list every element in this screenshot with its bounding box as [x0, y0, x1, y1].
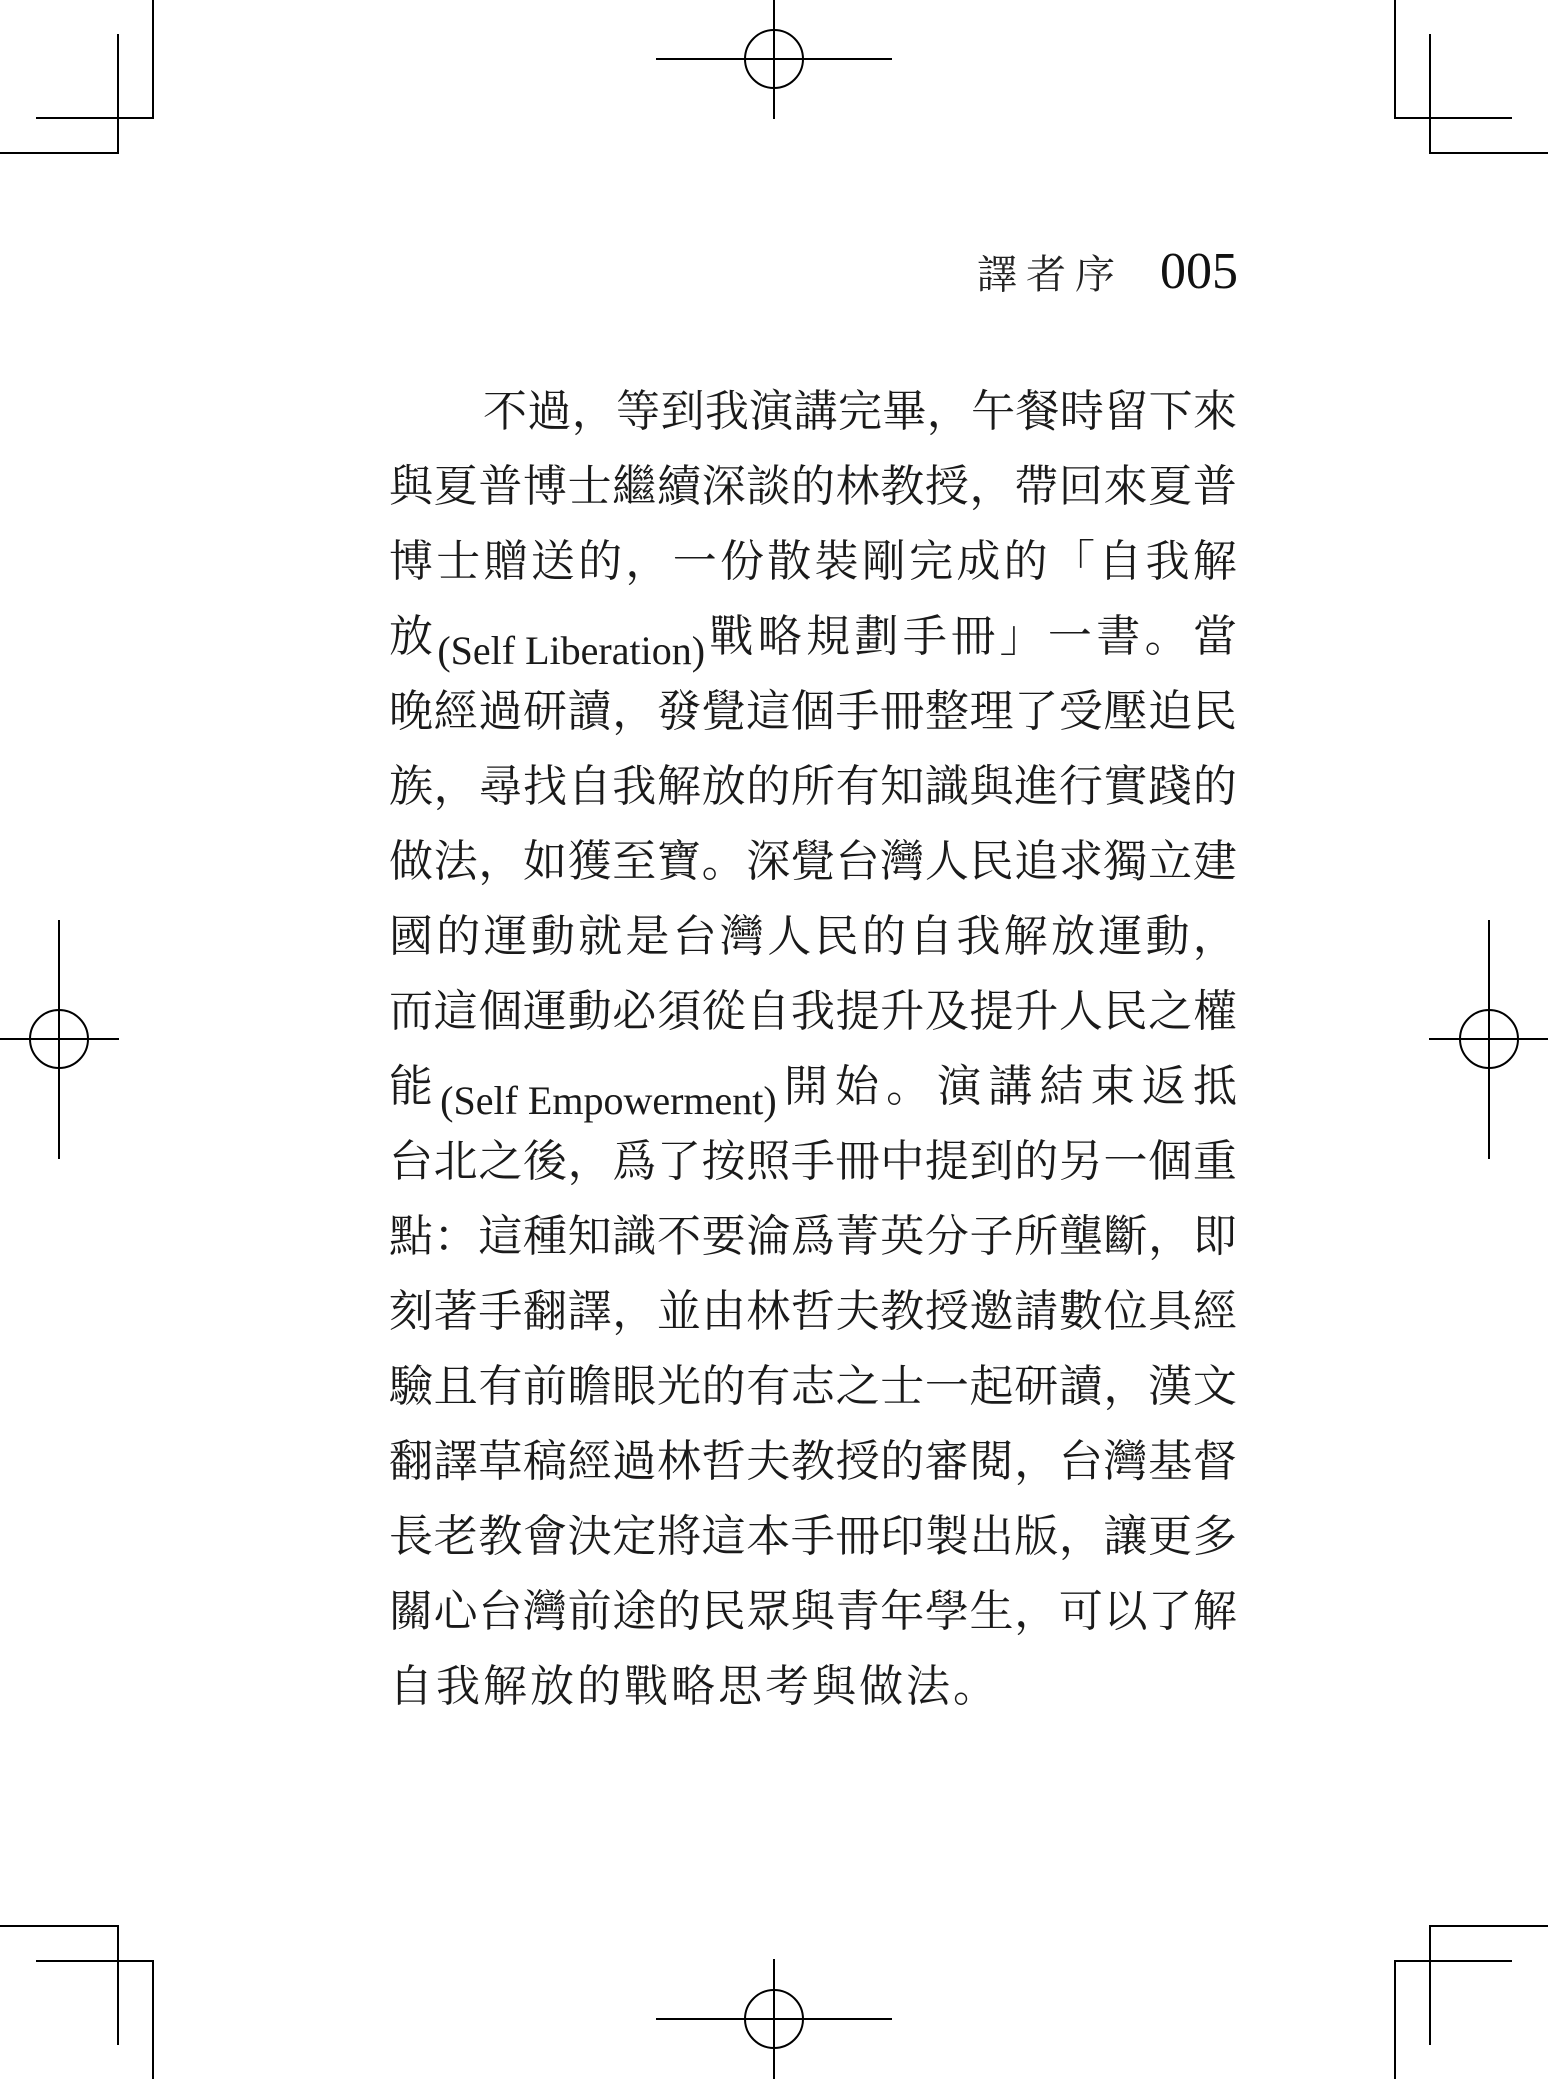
registration-circle [1459, 1009, 1519, 1069]
text-token: 來 [1104, 463, 1148, 511]
text-token: 教 [880, 1288, 924, 1336]
text-token: 所 [1014, 1213, 1058, 1261]
text-line: 做法，如獲至寶。深覺台灣人民追求獨立建 [389, 838, 1237, 913]
text-token: 贈 [484, 538, 528, 586]
text-token: ： [434, 1213, 478, 1261]
text-token: 夫 [836, 1288, 880, 1336]
text-token: 」 [1000, 613, 1044, 661]
text-token: 教 [880, 463, 924, 511]
text-token: 開 [784, 1063, 828, 1111]
text-token: 英 [880, 1213, 924, 1261]
text-token: 餐 [1016, 388, 1060, 436]
text-token: 而 [389, 988, 433, 1036]
text-token: 點 [389, 1213, 433, 1261]
text-token: 的 [436, 913, 480, 961]
text-token: 運 [523, 988, 567, 1036]
text-line: 晚經過研讀，發覺這個手冊整理了受壓迫民 [389, 688, 1237, 763]
text-token: 國 [389, 913, 433, 961]
crop-line [1429, 34, 1431, 154]
text-token: 帶 [1014, 463, 1058, 511]
text-token: 晚 [389, 688, 433, 736]
text-token: 台 [1059, 1438, 1103, 1486]
text-token: 。 [886, 1063, 930, 1111]
text-token: 進 [1014, 763, 1058, 811]
crop-line [117, 34, 119, 154]
text-token: 教 [791, 1438, 835, 1486]
text-token: 演 [937, 1063, 981, 1111]
crop-line [117, 1925, 119, 2045]
text-token: 讓 [1104, 1513, 1148, 1561]
text-token: 冊 [836, 1138, 880, 1186]
text-token: 。 [953, 1663, 997, 1711]
registration-circle [29, 1009, 89, 1069]
text-token: ， [1059, 1513, 1103, 1561]
text-token: 解 [1193, 1588, 1237, 1636]
text-token: 自 [568, 763, 612, 811]
text-token: 數 [1059, 1288, 1103, 1336]
text-token: 灣 [1104, 1438, 1148, 1486]
text-token: 踐 [1148, 763, 1192, 811]
text-token: ， [970, 463, 1014, 511]
text-token: 寶 [657, 838, 701, 886]
text-token: 冊 [880, 688, 924, 736]
text-token: 整 [925, 688, 969, 736]
text-token: ， [572, 388, 616, 436]
text-token: ， [625, 538, 669, 586]
text-token: 知 [880, 763, 924, 811]
text-line: 長老教會決定將這本手冊印製出版，讓更多 [389, 1513, 1237, 1588]
text-token: 繼 [612, 463, 656, 511]
text-token: 午 [971, 388, 1015, 436]
text-token: 灣 [523, 1588, 567, 1636]
text-token: 考 [765, 1663, 809, 1711]
text-token: 草 [478, 1438, 522, 1486]
text-token: 識 [612, 1213, 656, 1261]
crop-line [1394, 1960, 1512, 1962]
text-token: 稿 [523, 1438, 567, 1486]
text-token: 淪 [746, 1213, 790, 1261]
text-line: 族，尋找自我解放的所有知識與進行實踐的 [389, 763, 1237, 838]
text-token: 自 [909, 913, 953, 961]
text-token: 譯 [434, 1438, 478, 1486]
text-token: 談 [746, 463, 790, 511]
text-token: 請 [1014, 1288, 1058, 1336]
text-line: 不過，等到我演講完畢，午餐時留下來 [389, 388, 1237, 463]
text-token: 動 [1146, 913, 1190, 961]
text-token: 老 [434, 1513, 478, 1561]
text-token: 冊 [951, 613, 995, 661]
text-token: 授 [925, 1288, 969, 1336]
crop-line [36, 117, 154, 119]
text-token: 手 [791, 1513, 835, 1561]
page-header: 譯者序 005 [977, 246, 1238, 298]
text-token: ， [434, 763, 478, 811]
text-token: 具 [1148, 1288, 1192, 1336]
text-token: 民 [1104, 988, 1148, 1036]
text-token: 送 [531, 538, 575, 586]
text-token: 留 [1104, 388, 1148, 436]
text-token: 個 [791, 688, 835, 736]
text-token: 回 [1059, 463, 1103, 511]
text-token: 研 [523, 688, 567, 736]
text-token: 略 [671, 1663, 715, 1711]
text-token: ， [927, 388, 971, 436]
text-token: 深 [702, 463, 746, 511]
text-token: 一 [1048, 613, 1092, 661]
text-token: 爲 [612, 1138, 656, 1186]
text-token: 關 [389, 1588, 433, 1636]
text-token: 法 [434, 838, 478, 886]
text-token: 可 [1059, 1588, 1103, 1636]
text-token: 束 [1091, 1063, 1135, 1111]
text-token: 我 [791, 988, 835, 1036]
text-line: 台北之後，爲了按照手冊中提到的另一個重 [389, 1138, 1237, 1213]
text-token: 下 [1149, 388, 1193, 436]
text-token: 後 [523, 1138, 567, 1186]
text-token: 放 [1051, 913, 1095, 961]
text-token: 來 [1193, 388, 1237, 436]
text-token: 與 [812, 1663, 856, 1711]
text-token: 。 [1145, 613, 1189, 661]
text-token: 。 [702, 838, 746, 886]
text-token: 放 [702, 763, 746, 811]
text-token: 手 [903, 613, 947, 661]
text-token: 中 [880, 1138, 924, 1186]
text-token: 規 [806, 613, 850, 661]
text-token: 我 [705, 388, 749, 436]
text-token: 如 [523, 838, 567, 886]
text-token: 與 [791, 1588, 835, 1636]
text-token: 獲 [568, 838, 612, 886]
text-token: ， [612, 1288, 656, 1336]
text-token: 有 [836, 763, 880, 811]
text-token: 始 [835, 1063, 879, 1111]
text-token: 迫 [1148, 688, 1192, 736]
registration-circle [744, 29, 804, 89]
text-token: 年 [880, 1588, 924, 1636]
text-token: 夏 [1148, 463, 1192, 511]
text-token: 瞻 [568, 1363, 612, 1411]
text-token: 畢 [882, 388, 926, 436]
text-token: 升 [1014, 988, 1058, 1036]
book-page: 譯者序 005 不過，等到我演講完畢，午餐時留下來與夏普博士繼續深談的林教授，帶… [0, 0, 1548, 2079]
text-token: 青 [836, 1588, 880, 1636]
text-token: 授 [836, 1438, 880, 1486]
text-token: 當 [1193, 613, 1237, 661]
text-token: 文 [1193, 1363, 1237, 1411]
text-token: 自 [746, 988, 790, 1036]
text-token: 所 [791, 763, 835, 811]
text-token: 冊 [836, 1513, 880, 1561]
text-token: 自 [389, 1663, 433, 1711]
text-token: 教 [478, 1513, 522, 1561]
text-token: 子 [970, 1213, 1014, 1261]
text-token: 決 [568, 1513, 612, 1561]
text-token: 理 [970, 688, 1014, 736]
text-token: 識 [925, 763, 969, 811]
text-token: 著 [434, 1288, 478, 1336]
text-token: 菁 [836, 1213, 880, 1261]
text-token: 林 [746, 1288, 790, 1336]
text-token: 完 [838, 388, 882, 436]
text-token: 哲 [791, 1288, 835, 1336]
crop-line [0, 152, 119, 154]
text-token: 之 [478, 1138, 522, 1186]
text-token: 做 [859, 1663, 903, 1711]
text-token: 驗 [389, 1363, 433, 1411]
text-token: 解 [1004, 913, 1048, 961]
text-line: 放(Self Liberation)戰略規劃手冊」一書。當 [389, 613, 1237, 688]
text-token: 讀 [1059, 1363, 1103, 1411]
text-token: ， [1014, 1588, 1058, 1636]
text-token: 研 [1014, 1363, 1058, 1411]
text-line: 關心台灣前途的民眾與青年學生，可以了解 [389, 1588, 1237, 1663]
text-token: 眾 [746, 1588, 790, 1636]
text-token: 一 [1104, 1138, 1148, 1186]
text-token: 刻 [389, 1288, 433, 1336]
text-token: (Self Empowerment) [440, 1077, 777, 1125]
text-token: 經 [1193, 1288, 1237, 1336]
text-token: 求 [1059, 838, 1103, 886]
text-token: 一 [925, 1363, 969, 1411]
text-line: 能(Self Empowerment)開始。演講結束返抵 [389, 1063, 1237, 1138]
text-token: 是 [625, 913, 669, 961]
text-line: 與夏普博士繼續深談的林教授，帶回來夏普 [389, 463, 1237, 538]
text-token: 放 [530, 1663, 574, 1711]
text-token: ， [1104, 1363, 1148, 1411]
text-token: 本 [746, 1513, 790, 1561]
text-token: 光 [657, 1363, 701, 1411]
text-token: 尋 [478, 763, 522, 811]
text-token: 爲 [791, 1213, 835, 1261]
text-token: 這 [478, 1213, 522, 1261]
text-token: 剛 [862, 538, 906, 586]
text-token: 裝 [815, 538, 859, 586]
text-token: 有 [478, 1363, 522, 1411]
text-token: ， [612, 688, 656, 736]
text-token: 人 [1059, 988, 1103, 1036]
section-title: 譯者序 [977, 255, 1124, 295]
text-token: 建 [1193, 838, 1237, 886]
text-token: 起 [970, 1363, 1014, 1411]
text-token: 動 [531, 913, 575, 961]
text-token: 找 [523, 763, 567, 811]
text-token: 讀 [568, 688, 612, 736]
text-token: 深 [746, 838, 790, 886]
text-token: 經 [568, 1438, 612, 1486]
text-token: 過 [612, 1438, 656, 1486]
text-token: 提 [836, 988, 880, 1036]
text-token: 台 [673, 913, 717, 961]
text-token: 灣 [880, 838, 924, 886]
text-token: 將 [657, 1513, 701, 1561]
text-token: 結 [1040, 1063, 1084, 1111]
text-token: 以 [1104, 1588, 1148, 1636]
text-token: 我 [956, 913, 1000, 961]
text-token: 之 [1148, 988, 1192, 1036]
text-token: 獨 [1104, 838, 1148, 886]
text-token: 完 [909, 538, 953, 586]
text-token: 邀 [970, 1288, 1014, 1336]
text-line: 翻譯草稿經過林哲夫教授的審閱，台灣基督 [389, 1438, 1237, 1513]
text-token: 士 [436, 538, 480, 586]
text-token: 實 [1104, 763, 1148, 811]
text-token: 了 [657, 1138, 701, 1186]
text-token: 了 [1014, 688, 1058, 736]
text-token: 經 [434, 688, 478, 736]
text-token: 前 [523, 1363, 567, 1411]
text-token: 民 [970, 838, 1014, 886]
text-token: 發 [657, 688, 701, 736]
text-token: 前 [568, 1588, 612, 1636]
text-token: 種 [523, 1213, 567, 1261]
text-token: 戰 [709, 613, 753, 661]
text-token: 手 [791, 1138, 835, 1186]
text-token: 審 [925, 1438, 969, 1486]
text-line: 自我解放的戰略思考與做法。 [389, 1663, 1237, 1738]
text-token: 台 [478, 1588, 522, 1636]
text-token: 的 [1014, 1138, 1058, 1186]
text-token: 有 [746, 1363, 790, 1411]
text-token: 與 [389, 463, 433, 511]
text-token: ， [1193, 913, 1237, 961]
text-line: 國的運動就是台灣人民的自我解放運動， [389, 913, 1237, 988]
text-token: 重 [1193, 1138, 1237, 1186]
text-token: 我 [612, 763, 656, 811]
page-number: 005 [1160, 246, 1238, 298]
text-token: 過 [478, 688, 522, 736]
text-token: 的 [577, 1663, 621, 1711]
text-token: 知 [568, 1213, 612, 1261]
text-token: 講 [794, 388, 838, 436]
text-token: 放 [389, 613, 433, 661]
crop-line [1394, 0, 1396, 119]
text-token: 林 [657, 1438, 701, 1486]
text-line: 而這個運動必須從自我提升及提升人民之權 [389, 988, 1237, 1063]
text-token: 散 [767, 538, 811, 586]
text-token: 抵 [1193, 1063, 1237, 1111]
crop-line [152, 1960, 154, 2079]
text-token: 講 [988, 1063, 1032, 1111]
text-token: 出 [970, 1513, 1014, 1561]
text-token: 普 [1193, 463, 1237, 511]
text-token: 定 [612, 1513, 656, 1561]
text-token: 不 [657, 1213, 701, 1261]
text-token: 及 [925, 988, 969, 1036]
text-token: 民 [702, 1588, 746, 1636]
text-token: 這 [746, 688, 790, 736]
text-token: 過 [527, 388, 571, 436]
text-token: 志 [791, 1363, 835, 1411]
text-token: 督 [1193, 1438, 1237, 1486]
text-token: 的 [746, 763, 790, 811]
text-token: 另 [1059, 1138, 1103, 1186]
text-token: 並 [657, 1288, 701, 1336]
text-token: 基 [1148, 1438, 1192, 1486]
text-token: 個 [1148, 1138, 1192, 1186]
text-token: 夫 [746, 1438, 790, 1486]
text-token: 的 [880, 1438, 924, 1486]
text-token: 須 [657, 988, 701, 1036]
text-token: 受 [1059, 688, 1103, 736]
text-token: 博 [523, 463, 567, 511]
text-token: 北 [434, 1138, 478, 1186]
text-token: 動 [568, 988, 612, 1036]
text-token: ， [568, 1138, 612, 1186]
text-token: 運 [1098, 913, 1142, 961]
text-token: ， [1014, 1438, 1058, 1486]
text-token: 提 [925, 1138, 969, 1186]
text-token: 譯 [568, 1288, 612, 1336]
body-paragraph: 不過，等到我演講完畢，午餐時留下來與夏普博士繼續深談的林教授，帶回來夏普博士贈送… [389, 388, 1237, 1738]
text-token: 的 [1193, 763, 1237, 811]
text-token: 的 [1004, 538, 1048, 586]
text-token: (Self Liberation) [437, 627, 705, 675]
text-token: 「 [1051, 538, 1095, 586]
text-token: 印 [880, 1513, 924, 1561]
text-line: 博士贈送的，一份散裝剛完成的「自我解 [389, 538, 1237, 613]
text-token: 成 [956, 538, 1000, 586]
text-token: 戰 [624, 1663, 668, 1711]
text-token: 由 [702, 1288, 746, 1336]
text-token: 眼 [612, 1363, 656, 1411]
text-token: 我 [436, 1663, 480, 1711]
text-token: 夏 [434, 463, 478, 511]
text-token: 版 [1014, 1513, 1058, 1561]
text-token: 壓 [1104, 688, 1148, 736]
text-token: 立 [1148, 838, 1192, 886]
text-token: 閱 [970, 1438, 1014, 1486]
text-token: 民 [1193, 688, 1237, 736]
text-token: 這 [702, 1513, 746, 1561]
text-token: ， [1148, 1213, 1192, 1261]
text-token: 行 [1059, 763, 1103, 811]
text-token: 的 [862, 913, 906, 961]
text-token: 士 [880, 1363, 924, 1411]
text-token: 翻 [389, 1438, 433, 1486]
text-token: 的 [702, 1363, 746, 1411]
text-line: 刻著手翻譯，並由林哲夫教授邀請數位具經 [389, 1288, 1237, 1363]
text-token: 了 [1148, 1588, 1192, 1636]
text-token: 漢 [1148, 1363, 1192, 1411]
text-token: 覺 [791, 838, 835, 886]
text-token: 斷 [1104, 1213, 1148, 1261]
text-token: 哲 [702, 1438, 746, 1486]
text-token: 位 [1104, 1288, 1148, 1336]
crop-line [1429, 152, 1548, 154]
text-token: 份 [720, 538, 764, 586]
text-token: 學 [925, 1588, 969, 1636]
text-token: 個 [478, 988, 522, 1036]
text-token: 多 [1193, 1513, 1237, 1561]
text-token: 翻 [523, 1288, 567, 1336]
text-line: 驗且有前瞻眼光的有志之士一起研讀，漢文 [389, 1363, 1237, 1438]
text-token: 我 [1146, 538, 1190, 586]
text-token: 灣 [720, 913, 764, 961]
text-token: 民 [815, 913, 859, 961]
text-token: 到 [661, 388, 705, 436]
text-token: 做 [389, 838, 433, 886]
text-token: 照 [746, 1138, 790, 1186]
text-token: 台 [836, 838, 880, 886]
text-token: 的 [657, 1588, 701, 1636]
text-token: 演 [749, 388, 793, 436]
registration-circle [744, 1989, 804, 2049]
text-token: 返 [1142, 1063, 1186, 1111]
text-token: 劃 [854, 613, 898, 661]
text-token: ， [478, 838, 522, 886]
crop-line [36, 1960, 154, 1962]
